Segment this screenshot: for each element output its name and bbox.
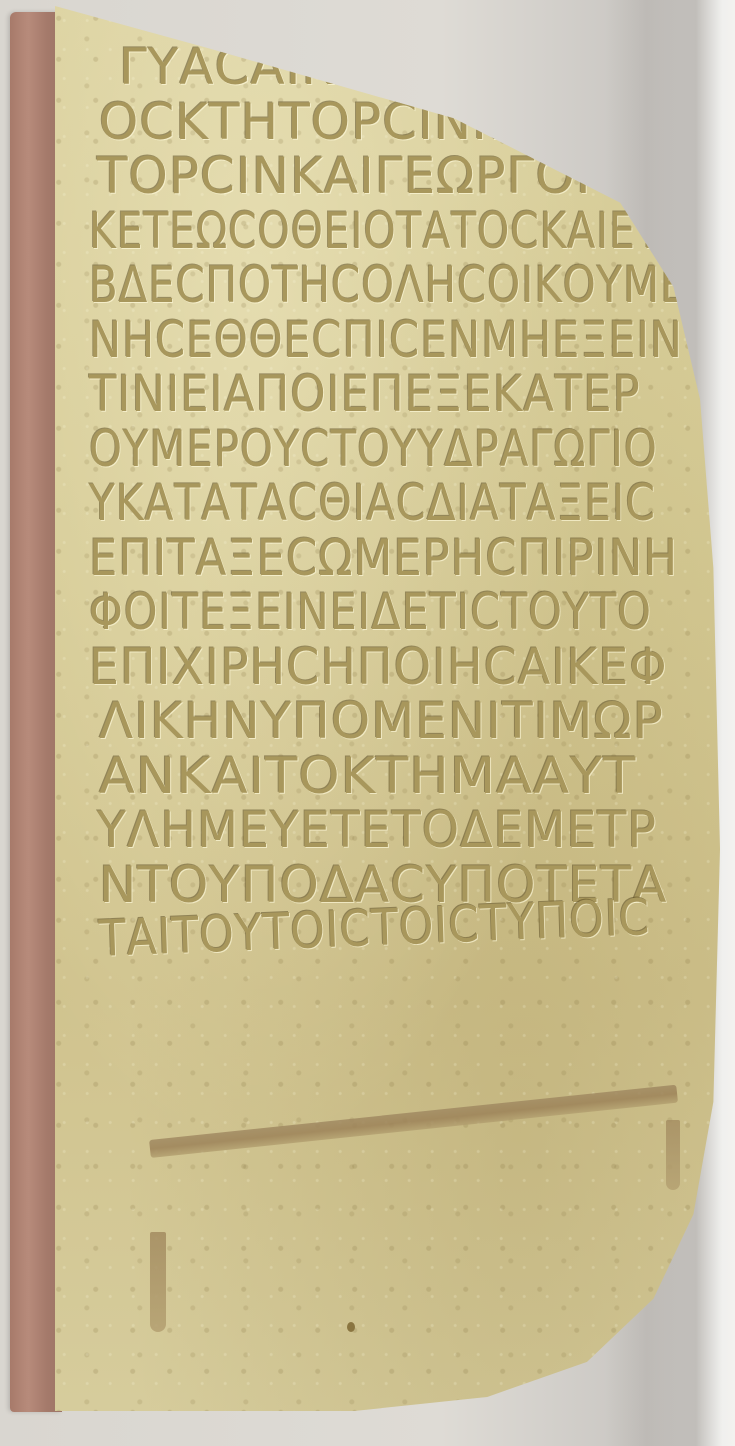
inscription-line: ΒΔΕCΠΟΤΗCΟΛΗCΟΙΚΟΥΜΕ <box>89 258 627 313</box>
drill-hole <box>347 1322 355 1332</box>
inscription-line: ΕΠΙΤΑΞΕCΩΜΕΡΗCΠΙΡΙΝΗ <box>89 531 665 586</box>
inscription-line: ΚΕΤΕΩCΟΘΕΙΟΤΑΤΟCΚΑΙΕΥCΕ <box>89 204 614 259</box>
stele-side-edge <box>10 12 62 1412</box>
inscription-line: ΥΛΗΜΕΥΕΤΕΤΟΔΕΜΕΤΡ <box>97 803 697 858</box>
inscription-line: ΦΟΙΤΕΞΕΙΝΕΙΔΕΤΙCΤΟΥΤΟ <box>89 585 639 640</box>
inscription-line: ΝΗCΕΘΘΕCΠΙCΕΝΜΗΕΞΕΙΝ <box>89 313 639 368</box>
stele-face: ΓΥΑCΑΙΝΓΑCCΙΛΕΝΤΙΑ ΟCΚΤΗΤΟΡCΙΝΙΕΓΛΗΡ ΤΟΡ… <box>55 6 720 1411</box>
carved-bracket-left <box>150 1232 166 1332</box>
inscription-line: ΤΙΝΙΕΙΑΠΟΙΕΠΕΞΕΚΑΤΕΡ <box>89 367 665 422</box>
inscription-line: ΕΠΙΧΙΡΗCΗΠΟΙΗCΑΙΚΕΦ <box>89 640 697 695</box>
carved-bracket-right <box>666 1120 680 1190</box>
inscription-line: ΥΚΑΤΑΤΑCΘΙΑCΔΙΑΤΑΞΕΙC <box>89 476 633 531</box>
inscription-line: ΑΝΚΑΙΤΟΚΤΗΜΑΑΥΤ <box>99 749 735 804</box>
inscription-line: ΛΙΚΗΝΥΠΟΜΕΝΙΤΙΜΩΡ <box>99 694 729 749</box>
inscription-line: ΟΥΜΕΡΟΥCΤΟΥΥΔΡΑΓΩΓΙΟ <box>89 422 627 477</box>
